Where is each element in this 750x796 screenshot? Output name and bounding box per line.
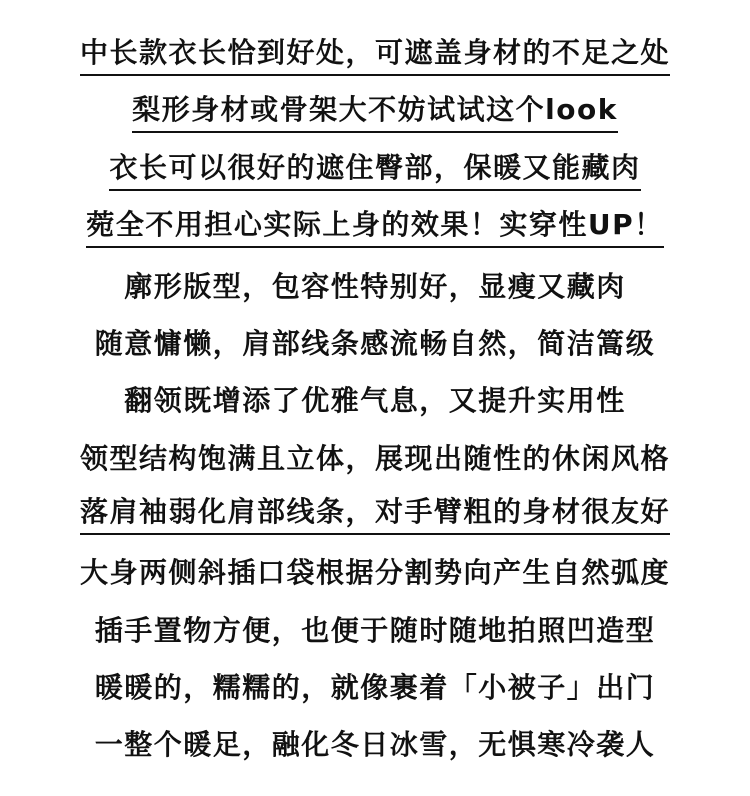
- text-line: 暖暖的，糯糯的，就像裹着「小被子」出门: [0, 659, 750, 716]
- text-line-content: 衣长可以很好的遮住臀部，保暖又能藏肉: [109, 154, 640, 191]
- text-line: 落肩袖弱化肩部线条，对手臂粗的身材很友好: [0, 487, 750, 544]
- text-line-content: 暖暖的，糯糯的，就像裹着「小被子」出门: [95, 674, 656, 702]
- text-line-content: 一整个暖足，融化冬日冰雪，无惧寒冷袭人: [95, 731, 656, 759]
- text-line: 中长款衣长恰到好处，可遮盖身材的不足之处: [0, 29, 750, 86]
- text-line: 领型结构饱满且立体，展现出随性的休闲风格: [0, 430, 750, 487]
- product-description-image: 中长款衣长恰到好处，可遮盖身材的不足之处梨形身材或骨架大不妨试试这个look衣长…: [0, 0, 750, 796]
- text-line: 翻领既增添了优雅气息，又提升实用性: [0, 373, 750, 430]
- text-line: 衣长可以很好的遮住臀部，保暖又能藏肉: [0, 144, 750, 201]
- text-line: 菀全不用担心实际上身的效果！实穿性UP！: [0, 201, 750, 258]
- text-line: 廓形版型，包容性特别好，显瘦又藏肉: [0, 258, 750, 315]
- text-line: 梨形身材或骨架大不妨试试这个look: [0, 86, 750, 143]
- text-line-content: 中长款衣长恰到好处，可遮盖身材的不足之处: [80, 39, 670, 76]
- text-line-content: 插手置物方便，也便于随时随地拍照凹造型: [95, 617, 656, 645]
- text-line-content: 梨形身材或骨架大不妨试试这个look: [132, 96, 618, 133]
- text-line-content: 大身两侧斜插口袋根据分割势向产生自然弧度: [80, 559, 670, 587]
- text-line: 一整个暖足，融化冬日冰雪，无惧寒冷袭人: [0, 717, 750, 774]
- description-text-block: 中长款衣长恰到好处，可遮盖身材的不足之处梨形身材或骨架大不妨试试这个look衣长…: [0, 0, 750, 774]
- text-line-content: 翻领既增添了优雅气息，又提升实用性: [124, 387, 626, 415]
- text-line-content: 领型结构饱满且立体，展现出随性的休闲风格: [80, 445, 670, 473]
- text-line: 随意慵懒，肩部线条感流畅自然，简洁篙级: [0, 315, 750, 372]
- text-line-content: 落肩袖弱化肩部线条，对手臂粗的身材很友好: [80, 498, 670, 535]
- text-line: 插手置物方便，也便于随时随地拍照凹造型: [0, 602, 750, 659]
- text-line-content: 随意慵懒，肩部线条感流畅自然，简洁篙级: [95, 330, 656, 358]
- text-line: 大身两侧斜插口袋根据分割势向产生自然弧度: [0, 545, 750, 602]
- text-line-content: 廓形版型，包容性特别好，显瘦又藏肉: [124, 273, 626, 301]
- text-line-content: 菀全不用担心实际上身的效果！实穿性UP！: [86, 211, 663, 248]
